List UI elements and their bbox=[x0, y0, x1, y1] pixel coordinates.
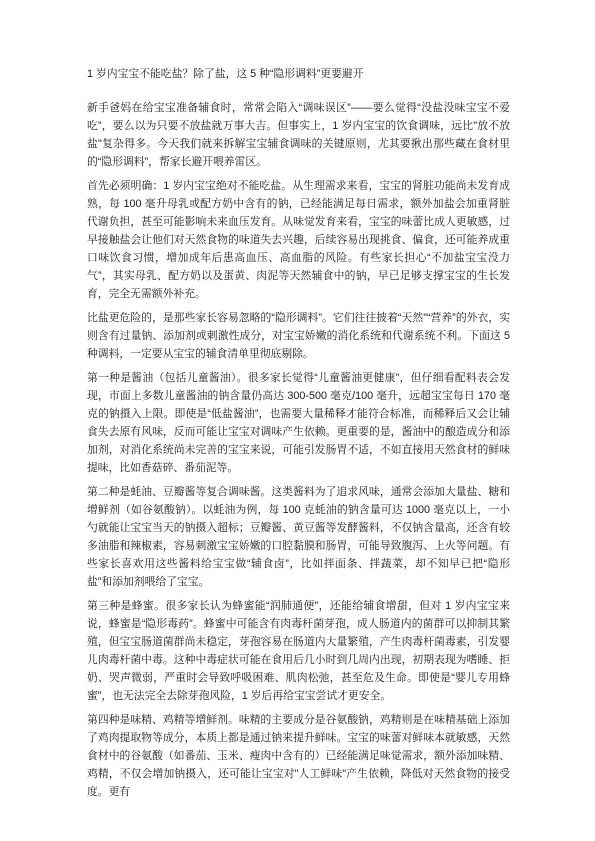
paragraph-intro: 新手爸妈在给宝宝准备辅食时，常常会陷入“调味误区”——要么觉得“没盐没味宝宝不爱… bbox=[87, 99, 510, 171]
paragraph-hidden-seasonings-lead: 比盐更危险的，是那些家长容易忽略的“隐形调料”。它们往往披着“天然”“营养”的外… bbox=[87, 309, 510, 363]
paragraph-no-salt-explanation: 首先必须明确：1 岁内宝宝绝对不能吃盐。从生理需求来看，宝宝的肾脏功能尚未发育成… bbox=[87, 177, 510, 303]
paragraph-seasoning-1-soy-sauce: 第一种是酱油（包括儿童酱油）。很多家长觉得“儿童酱油更健康”，但仔细看配料表会发… bbox=[87, 369, 510, 477]
paragraph-seasoning-3-honey: 第三种是蜂蜜。很多家长认为蜂蜜能“润肺通便”，还能给辅食增甜，但对 1 岁内宝宝… bbox=[87, 597, 510, 705]
paragraph-seasoning-2-oyster-sauce: 第二种是蚝油、豆瓣酱等复合调味酱。这类酱料为了追求风味，通常会添加大量盐、糖和增… bbox=[87, 483, 510, 591]
paragraph-seasoning-4-msg: 第四种是味精、鸡精等增鲜剂。味精的主要成分是谷氨酸钠，鸡精则是在味精基础上添加了… bbox=[87, 711, 510, 801]
page-title: 1 岁内宝宝不能吃盐？除了盐，这 5 种“隐形调料”更要避开 bbox=[87, 65, 510, 83]
document-page: 1 岁内宝宝不能吃盐？除了盐，这 5 种“隐形调料”更要避开 新手爸妈在给宝宝准… bbox=[0, 0, 595, 841]
